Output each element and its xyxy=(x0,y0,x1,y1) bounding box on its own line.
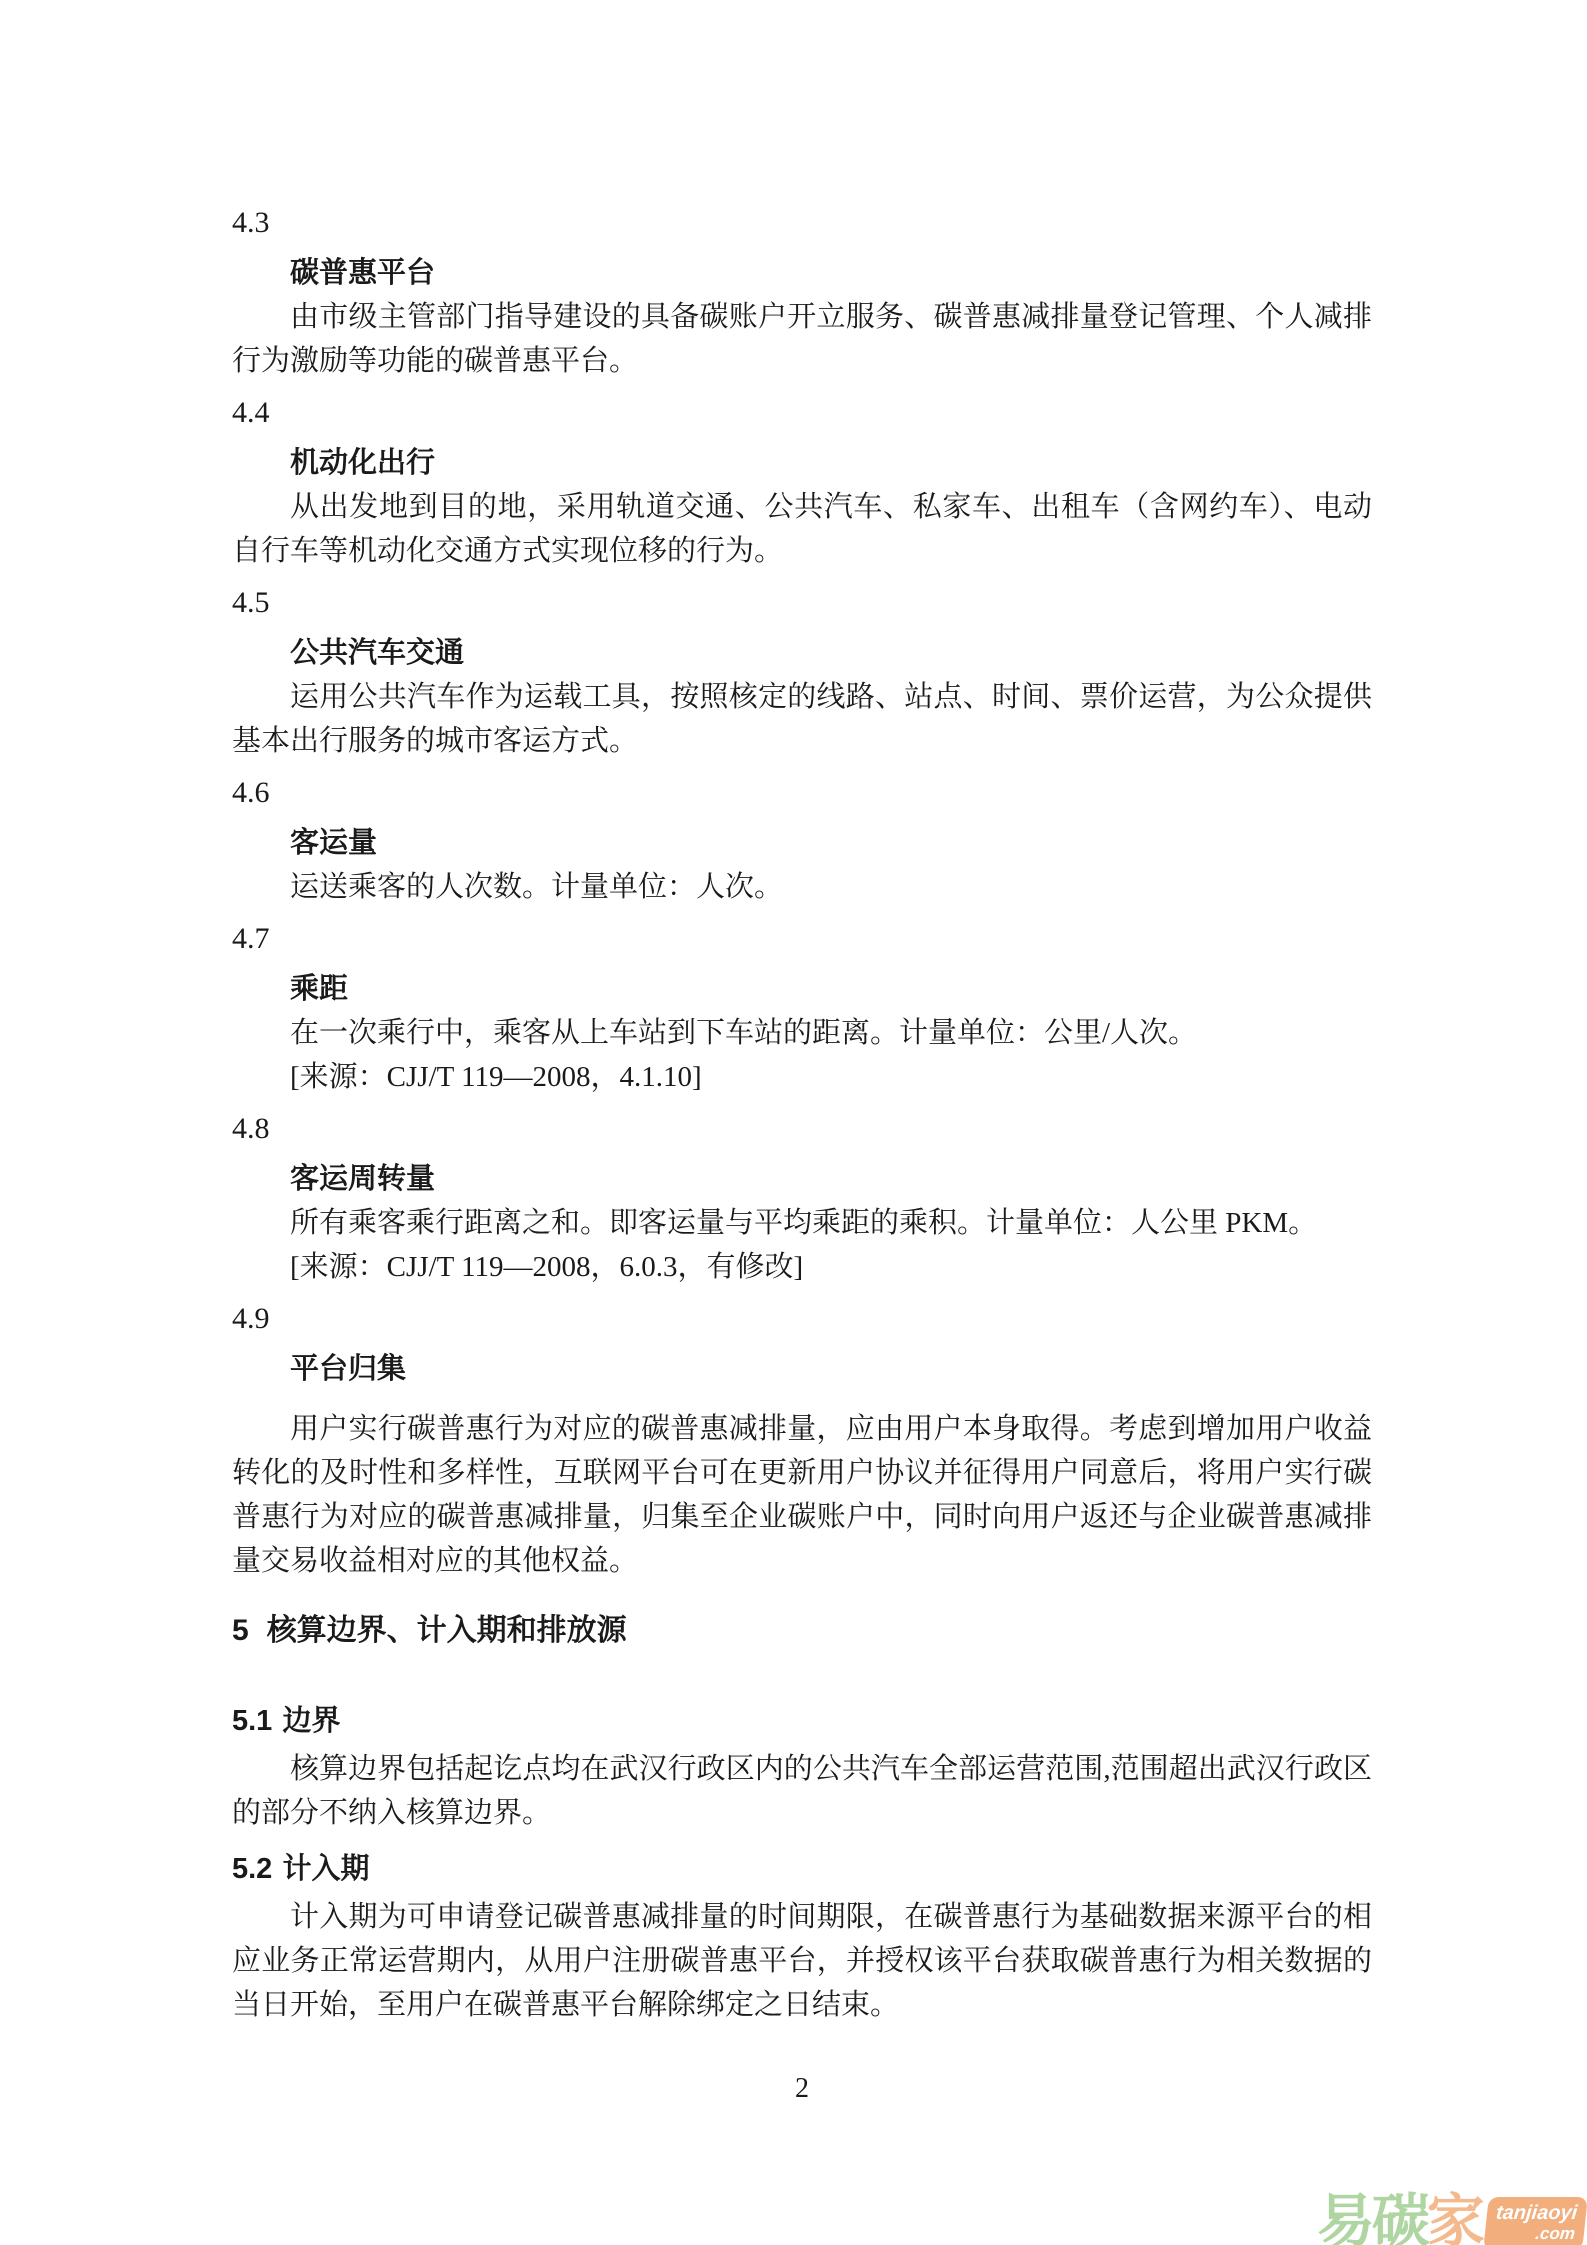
term-number: 4.9 xyxy=(232,1297,1372,1341)
watermark-text-orange: 家 xyxy=(1427,2191,1482,2245)
term-number: 4.5 xyxy=(232,581,1372,625)
watermark-logo: 易碳 家 tanjiaoyi .com xyxy=(1317,2191,1585,2245)
term-body: 在一次乘行中，乘客从上车站到下车站的距离。计量单位：公里/人次。 [来源：CJJ… xyxy=(232,1011,1372,1099)
term-paragraph: 所有乘客乘行距离之和。即客运量与平均乘距的乘积。计量单位：人公里 PKM。 xyxy=(232,1201,1372,1245)
section-title: 计入期 xyxy=(282,1853,369,1885)
term-heading: 机动化出行 xyxy=(290,441,1372,485)
term-heading: 公共汽车交通 xyxy=(290,631,1372,675)
term-number: 4.4 xyxy=(232,391,1372,435)
watermark-badge-domain: tanjiaoyi xyxy=(1495,2202,1578,2224)
term-heading: 客运量 xyxy=(290,821,1372,865)
section-paragraph: 核算边界包括起讫点均在武汉行政区内的公共汽车全部运营范围,范围超出武汉行政区的部… xyxy=(232,1747,1372,1835)
term-paragraph: 运送乘客的人次数。计量单位：人次。 xyxy=(232,865,1372,909)
term-number: 4.7 xyxy=(232,917,1372,961)
watermark-badge: tanjiaoyi .com xyxy=(1483,2197,1587,2245)
term-body: 由市级主管部门指导建设的具备碳账户开立服务、碳普惠减排量登记管理、个人减排行为激… xyxy=(232,295,1372,383)
term-section-4-7: 4.7 乘距 在一次乘行中，乘客从上车站到下车站的距离。计量单位：公里/人次。 … xyxy=(232,917,1372,1099)
term-heading: 碳普惠平台 xyxy=(290,251,1372,295)
term-section-4-9: 4.9 平台归集 用户实行碳普惠行为对应的碳普惠减排量，应由用户本身取得。考虑到… xyxy=(232,1297,1372,1583)
term-paragraph: 由市级主管部门指导建设的具备碳账户开立服务、碳普惠减排量登记管理、个人减排行为激… xyxy=(232,295,1372,383)
term-body: 所有乘客乘行距离之和。即客运量与平均乘距的乘积。计量单位：人公里 PKM。 [来… xyxy=(232,1201,1372,1289)
term-heading: 乘距 xyxy=(290,967,1372,1011)
term-section-4-5: 4.5 公共汽车交通 运用公共汽车作为运载工具，按照核定的线路、站点、时间、票价… xyxy=(232,581,1372,763)
chapter-title: 核算边界、计入期和排放源 xyxy=(267,1614,627,1647)
section-5-2-heading: 5.2计入期 xyxy=(232,1847,1372,1891)
term-number: 4.6 xyxy=(232,771,1372,815)
section-5-1-heading: 5.1边界 xyxy=(232,1699,1372,1743)
term-section-4-6: 4.6 客运量 运送乘客的人次数。计量单位：人次。 xyxy=(232,771,1372,909)
term-paragraph: 用户实行碳普惠行为对应的碳普惠减排量，应由用户本身取得。考虑到增加用户收益转化的… xyxy=(232,1407,1372,1583)
watermark-badge-tld: .com xyxy=(1534,2224,1576,2243)
term-paragraph: 从出发地到目的地，采用轨道交通、公共汽车、私家车、出租车（含网约车）、电动自行车… xyxy=(232,485,1372,573)
term-section-4-8: 4.8 客运周转量 所有乘客乘行距离之和。即客运量与平均乘距的乘积。计量单位：人… xyxy=(232,1107,1372,1289)
section-number: 5.2 xyxy=(232,1853,272,1885)
term-heading: 客运周转量 xyxy=(290,1157,1372,1201)
section-5-1-body: 核算边界包括起讫点均在武汉行政区内的公共汽车全部运营范围,范围超出武汉行政区的部… xyxy=(232,1747,1372,1835)
term-number: 4.3 xyxy=(232,201,1372,245)
term-heading: 平台归集 xyxy=(290,1347,1372,1391)
page-number: 2 xyxy=(232,2072,1372,2106)
term-body: 用户实行碳普惠行为对应的碳普惠减排量，应由用户本身取得。考虑到增加用户收益转化的… xyxy=(232,1407,1372,1583)
term-body: 从出发地到目的地，采用轨道交通、公共汽车、私家车、出租车（含网约车）、电动自行车… xyxy=(232,485,1372,573)
section-title: 边界 xyxy=(282,1705,340,1737)
chapter-5-heading: 5核算边界、计入期和排放源 xyxy=(232,1609,1372,1653)
term-source-reference: [来源：CJJ/T 119—2008，4.1.10] xyxy=(232,1055,1372,1099)
term-section-4-4: 4.4 机动化出行 从出发地到目的地，采用轨道交通、公共汽车、私家车、出租车（含… xyxy=(232,391,1372,573)
section-number: 5.1 xyxy=(232,1705,272,1737)
document-page: 4.3 碳普惠平台 由市级主管部门指导建设的具备碳账户开立服务、碳普惠减排量登记… xyxy=(0,0,1587,2245)
watermark-text-green: 易碳 xyxy=(1317,2191,1427,2245)
chapter-number: 5 xyxy=(232,1614,249,1647)
term-section-4-3: 4.3 碳普惠平台 由市级主管部门指导建设的具备碳账户开立服务、碳普惠减排量登记… xyxy=(232,201,1372,383)
term-body: 运送乘客的人次数。计量单位：人次。 xyxy=(232,865,1372,909)
document-body: 4.3 碳普惠平台 由市级主管部门指导建设的具备碳账户开立服务、碳普惠减排量登记… xyxy=(232,201,1372,2027)
term-paragraph: 运用公共汽车作为运载工具，按照核定的线路、站点、时间、票价运营，为公众提供基本出… xyxy=(232,675,1372,763)
term-body: 运用公共汽车作为运载工具，按照核定的线路、站点、时间、票价运营，为公众提供基本出… xyxy=(232,675,1372,763)
section-paragraph: 计入期为可申请登记碳普惠减排量的时间期限，在碳普惠行为基础数据来源平台的相应业务… xyxy=(232,1895,1372,2027)
section-5-2-body: 计入期为可申请登记碳普惠减排量的时间期限，在碳普惠行为基础数据来源平台的相应业务… xyxy=(232,1895,1372,2027)
term-number: 4.8 xyxy=(232,1107,1372,1151)
term-source-reference: [来源：CJJ/T 119—2008，6.0.3，有修改] xyxy=(232,1245,1372,1289)
term-paragraph: 在一次乘行中，乘客从上车站到下车站的距离。计量单位：公里/人次。 xyxy=(232,1011,1372,1055)
